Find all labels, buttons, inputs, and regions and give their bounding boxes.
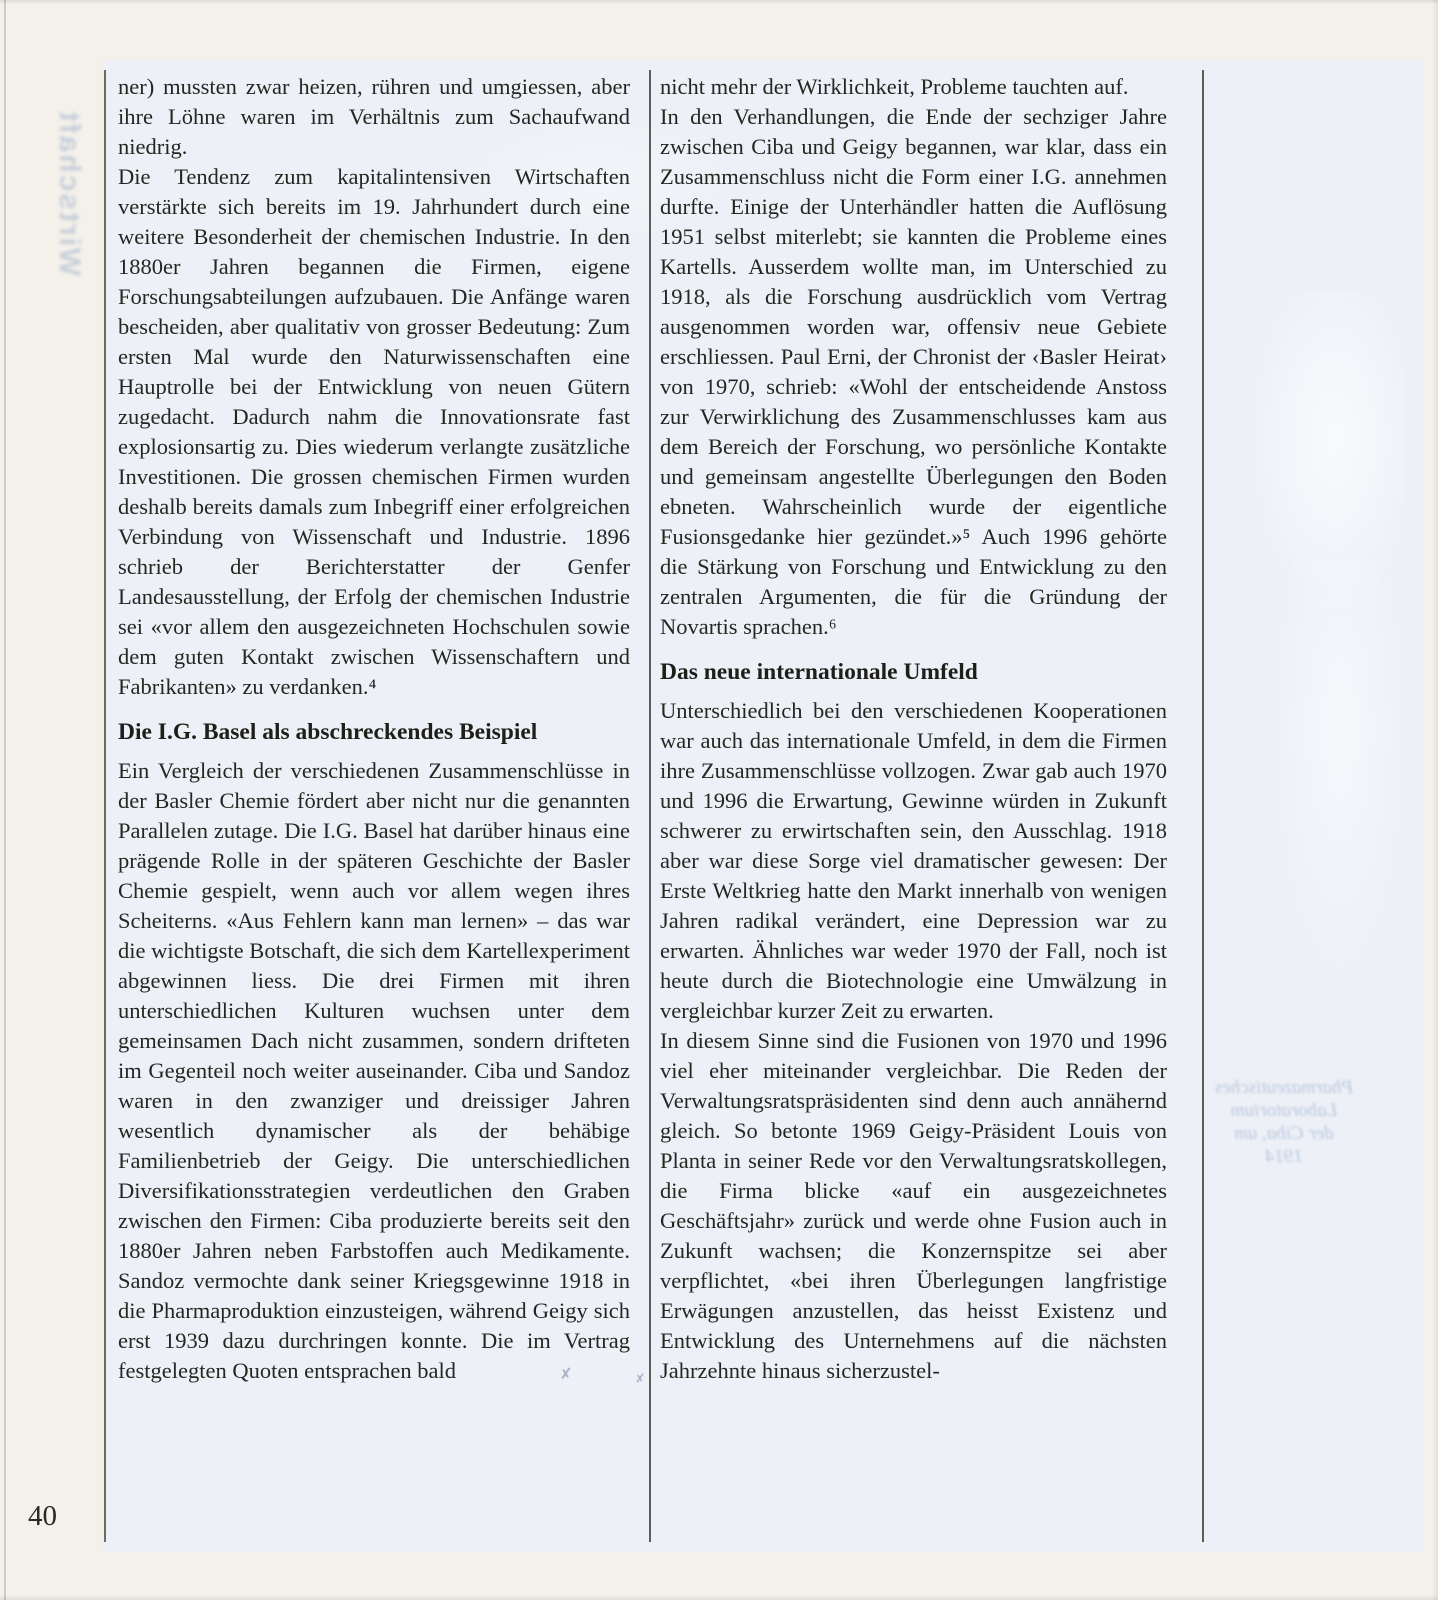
scan-edge	[4, 0, 6, 1600]
body-paragraph: Ein Vergleich der verschiedenen Zusammen…	[118, 756, 630, 1386]
column-divider-rule	[649, 70, 651, 1542]
body-paragraph: ner) mussten zwar heizen, rühren und umg…	[118, 72, 630, 162]
right-margin-rule	[1202, 70, 1204, 1542]
body-paragraph: In den Verhandlungen, die Ende der sechz…	[660, 102, 1167, 642]
caption-bleedthrough-line: Laboratorium	[1214, 1099, 1354, 1122]
right-text-column: nicht mehr der Wirklichkeit, Probleme ta…	[660, 72, 1167, 1542]
scan-edge	[0, 0, 1438, 4]
left-text-column: ner) mussten zwar heizen, rühren und umg…	[118, 72, 630, 1542]
pen-tick-mark	[635, 1374, 645, 1388]
section-heading: Die I.G. Basel als abschreckendes Beispi…	[118, 717, 630, 747]
section-heading: Das neue internationale Umfeld	[660, 657, 1167, 687]
scanned-book-page: { "page": { "number": "40", "rubric": "W…	[0, 0, 1438, 1600]
pen-tick-mark	[560, 1368, 573, 1386]
body-paragraph: In diesem Sinne sind die Fusionen von 19…	[660, 1026, 1167, 1386]
scan-edge	[1432, 0, 1438, 1600]
caption-bleedthrough-line: Pharmazeutisches	[1214, 1076, 1354, 1099]
body-paragraph: Unterschiedlich bei den verschiedenen Ko…	[660, 696, 1167, 1026]
body-paragraph: Die Tendenz zum kapitalintensiven Wirtsc…	[118, 162, 630, 702]
caption-bleedthrough-line: der Ciba, um 1914	[1214, 1122, 1354, 1168]
photo-bleedthrough-blob	[1270, 560, 1410, 980]
body-paragraph: nicht mehr der Wirklichkeit, Probleme ta…	[660, 72, 1167, 102]
scan-edge	[0, 1595, 1438, 1600]
left-column-rule	[104, 70, 106, 1542]
caption-bleedthrough: Pharmazeutisches Laboratorium der Ciba, …	[1214, 1076, 1354, 1168]
page-number: 40	[28, 1500, 98, 1533]
margin-rubric-ghost-label: Wirtschaft	[52, 66, 86, 276]
